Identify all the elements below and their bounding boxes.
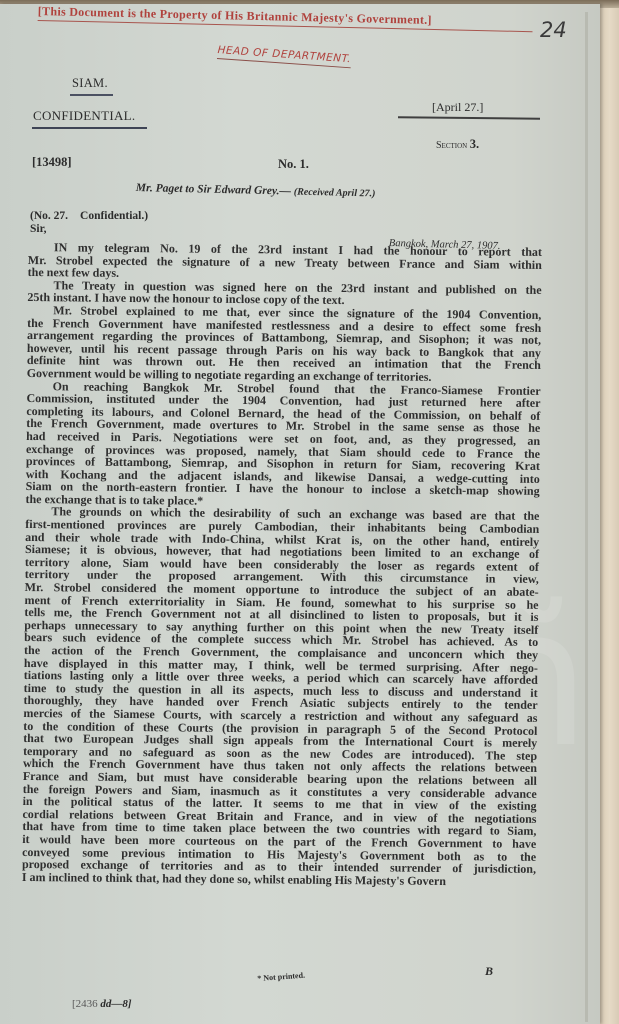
- section-number: 3.: [470, 137, 479, 151]
- letter-body: IN my telegram No. 19 of the 23rd instan…: [22, 241, 542, 888]
- head-of-department-stamp: HEAD OF DEPARTMENT.: [217, 44, 351, 68]
- received-date: (Received April 27.): [294, 187, 376, 200]
- country-underline: [70, 94, 113, 96]
- page-fold: [585, 12, 588, 1022]
- salutation: Sir,: [30, 223, 47, 235]
- document-page: ñ [This Document is the Property of His …: [0, 4, 600, 1024]
- binding-edge: [600, 8, 619, 1024]
- print-reference: [2436 dd—8]: [72, 998, 132, 1010]
- property-notice: [This Document is the Property of His Br…: [38, 4, 533, 32]
- section-word: Section: [436, 140, 467, 151]
- classification-underline: [32, 127, 147, 129]
- country-label: SIAM.: [72, 76, 108, 91]
- from-to: Mr. Paget to Sir Edward Grey.—: [136, 182, 291, 198]
- print-reference-code: dd—8]: [100, 998, 131, 1010]
- print-reference-number: [2436: [72, 998, 98, 1010]
- section-label: Section 3.: [436, 137, 479, 152]
- footnote: * Not printed.: [257, 971, 305, 983]
- correspondence-heading: Mr. Paget to Sir Edward Grey.— (Received…: [136, 182, 376, 199]
- document-date: [April 27.]: [432, 100, 483, 115]
- handwritten-page-number: 24: [540, 18, 567, 42]
- date-rule: [398, 116, 540, 119]
- docket-number: [13498]: [32, 155, 72, 170]
- reference-line: (No. 27.Confidential.): [30, 210, 148, 222]
- signature-mark: B: [485, 964, 493, 979]
- reference-number: (No. 27.: [30, 210, 68, 222]
- reference-classification: Confidential.): [80, 210, 148, 222]
- document-number: No. 1.: [278, 157, 309, 172]
- classification-label: CONFIDENTIAL.: [33, 108, 135, 124]
